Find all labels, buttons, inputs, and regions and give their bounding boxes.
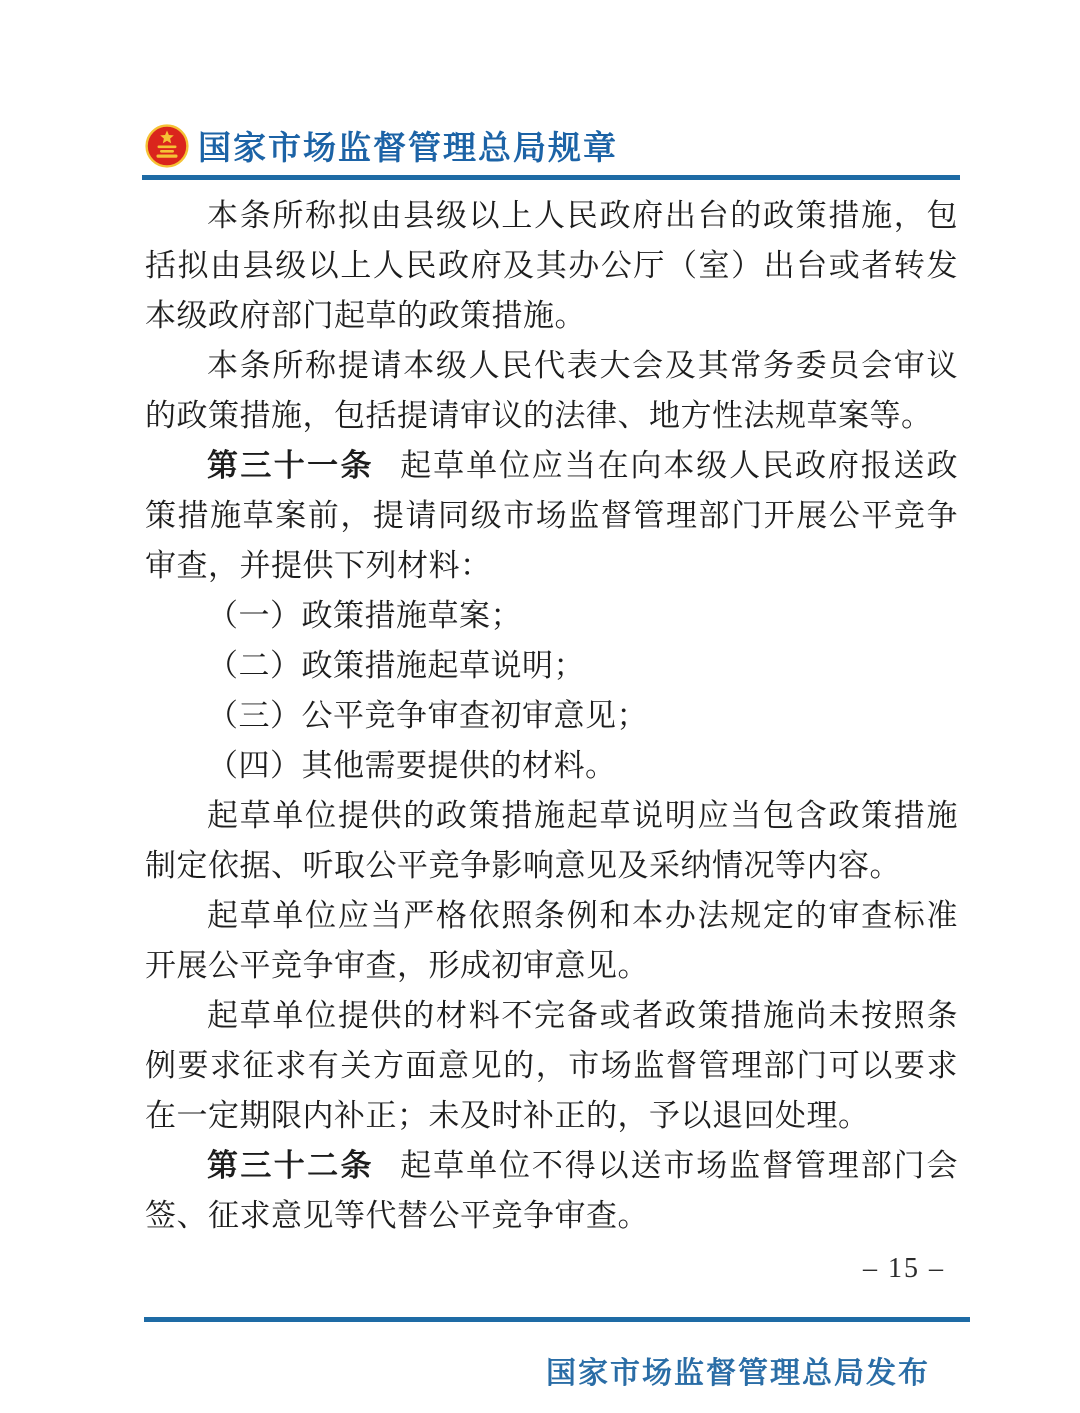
header-divider: [142, 175, 960, 180]
header-title: 国家市场监督管理总局规章: [198, 122, 618, 169]
article-31-number: 第三十一条: [207, 448, 374, 483]
paragraph-drafting-note: 起草单位提供的政策措施起草说明应当包含政策措施制定依据、听取公平竞争影响意见及采…: [145, 791, 958, 891]
document-page: 国家市场监督管理总局规章 本条所称拟由县级以上人民政府出台的政策措施，包括拟由县…: [0, 0, 1080, 1413]
paragraph-article-32: 第三十二条起草单位不得以送市场监督管理部门会签、征求意见等代替公平竞争审查。: [145, 1141, 958, 1241]
paragraph-incomplete-materials: 起草单位提供的材料不完备或者政策措施尚未按照条例要求征求有关方面意见的，市场监督…: [145, 991, 958, 1141]
list-item-1: （一）政策措施草案；: [145, 591, 958, 641]
document-header: 国家市场监督管理总局规章: [145, 122, 618, 169]
national-emblem-icon: [145, 124, 189, 168]
paragraph-article-31: 第三十一条起草单位应当在向本级人民政府报送政策措施草案前，提请同级市场监督管理部…: [145, 441, 958, 591]
footer-divider: [144, 1317, 970, 1322]
paragraph-scope-govt: 本条所称拟由县级以上人民政府出台的政策措施，包括拟由县级以上人民政府及其办公厅（…: [145, 191, 958, 341]
paragraph-scope-congress: 本条所称提请本级人民代表大会及其常务委员会审议的政策措施，包括提请审议的法律、地…: [145, 341, 958, 441]
article-32-number: 第三十二条: [207, 1148, 374, 1183]
list-item-2: （二）政策措施起草说明；: [145, 641, 958, 691]
page-number: – 15 –: [863, 1253, 945, 1285]
publisher-label: 国家市场监督管理总局发布: [546, 1348, 930, 1392]
list-item-3: （三）公平竞争审查初审意见；: [145, 691, 958, 741]
paragraph-review-standard: 起草单位应当严格依照条例和本办法规定的审查标准开展公平竞争审查，形成初审意见。: [145, 891, 958, 991]
list-item-4: （四）其他需要提供的材料。: [145, 741, 958, 791]
document-body: 本条所称拟由县级以上人民政府出台的政策措施，包括拟由县级以上人民政府及其办公厅（…: [145, 191, 958, 1241]
